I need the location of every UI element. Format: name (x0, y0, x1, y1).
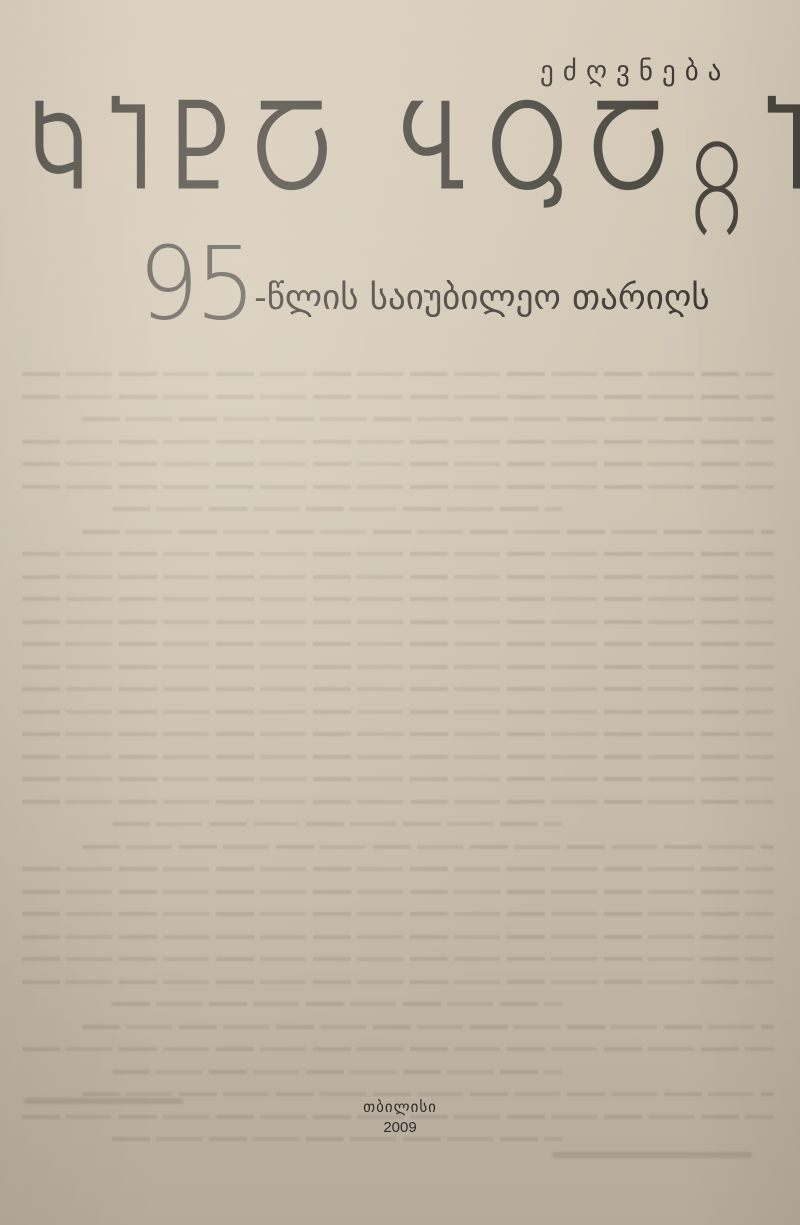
bleed-through-mark-right (552, 1152, 752, 1158)
title-word-second: ႡႳႠ႙ႨႻႨႱ (398, 84, 800, 222)
title-word-first: ႩႨႲႠ (30, 84, 354, 222)
book-subtitle: 95 -წლის საიუბილეო თარიღს (138, 236, 778, 332)
book-title: ႩႨႲႠ ႡႳႠ႙ႨႻႨႱ (30, 84, 780, 204)
imprint-city: თბილისი (0, 1098, 800, 1116)
title-page: ეძღვნება ႩႨႲႠ ႡႳႠ႙ႨႻႨႱ 95 -წლის საიუბილე… (0, 0, 800, 1225)
imprint: თბილისი 2009 (0, 1098, 800, 1136)
bleed-through-text (22, 372, 774, 1160)
dedication-label: ეძღვნება (540, 56, 780, 87)
imprint-year: 2009 (0, 1119, 800, 1136)
jubilee-number: 95 (138, 234, 252, 335)
subtitle-text: -წლის საიუბილეო თარიღს (254, 278, 709, 318)
